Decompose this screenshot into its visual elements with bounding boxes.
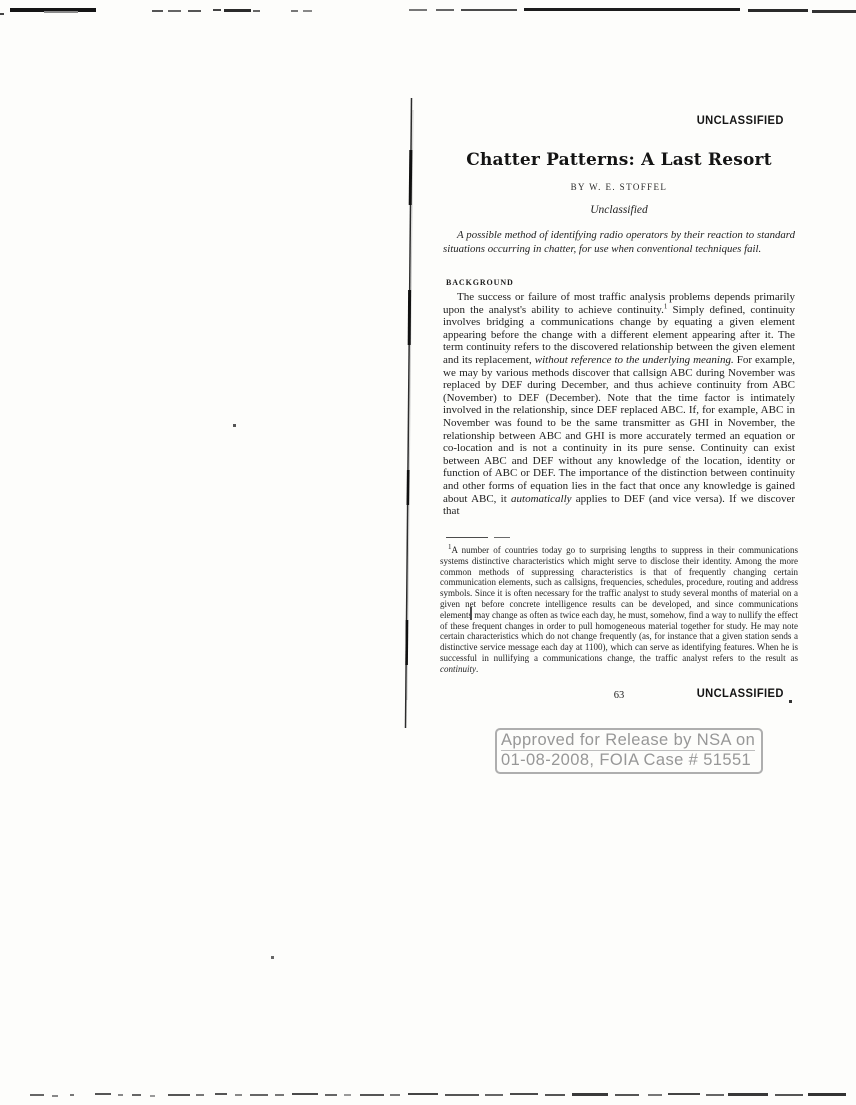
scan-artifact — [291, 10, 298, 12]
stamp-line2: 01-08-2008, FOIA Case # 51551 — [501, 751, 755, 770]
footnote-text-part2: . — [476, 664, 478, 674]
article-title: Chatter Patterns: A Last Resort — [443, 150, 795, 170]
scan-artifact — [409, 9, 427, 11]
scan-artifact — [150, 1095, 155, 1097]
footnote-separator-rule — [446, 537, 518, 539]
scan-artifact — [325, 1094, 337, 1096]
scan-artifact — [118, 1094, 123, 1096]
article-byline: BY W. E. STOFFEL — [443, 182, 795, 192]
separator-segment — [494, 537, 510, 538]
footer-classification-label: UNCLASSIFIED — [697, 688, 784, 700]
scan-artifact — [812, 10, 856, 13]
scan-artifact — [70, 1094, 74, 1096]
section-heading-background: BACKGROUND — [446, 278, 514, 287]
scan-artifact — [360, 1094, 384, 1096]
footnote-text-part1: A number of countries today go to surpri… — [440, 545, 798, 663]
scan-artifact — [95, 1093, 111, 1095]
classification-note: Unclassified — [443, 204, 795, 216]
body-text-part3: For example, we may by various methods d… — [443, 354, 795, 505]
scan-artifact — [808, 1093, 846, 1096]
scan-artifact — [44, 11, 78, 13]
scan-artifact — [152, 10, 163, 12]
nsa-release-stamp: Approved for Release by NSA on 01-08-200… — [495, 728, 763, 774]
document-text-column: UNCLASSIFIED Chatter Patterns: A Last Re… — [443, 0, 795, 1105]
stamp-line1: Approved for Release by NSA on — [501, 731, 755, 751]
scanned-document-page: { "page": { "header_classification": "UN… — [0, 0, 856, 1105]
scan-artifact — [271, 956, 274, 959]
body-italic-phrase: without reference to the underlying mean… — [535, 354, 734, 366]
scan-artifact — [168, 1094, 190, 1096]
footnote-text: 1A number of countries today go to surpr… — [440, 545, 798, 675]
separator-segment — [446, 537, 488, 538]
scan-artifact — [275, 1094, 284, 1096]
article-abstract: A possible method of identifying radio o… — [443, 228, 795, 256]
scan-artifact — [215, 1093, 227, 1095]
scan-artifact — [188, 10, 201, 12]
scan-artifact — [250, 1094, 268, 1096]
scan-artifact — [408, 1093, 438, 1095]
scan-artifact — [10, 8, 96, 12]
scan-artifact — [235, 1094, 242, 1096]
scan-artifact — [30, 1094, 44, 1096]
body-italic-word: automatically — [511, 493, 572, 505]
scan-artifact — [390, 1094, 400, 1096]
scan-artifact — [52, 1095, 58, 1097]
scan-artifact — [213, 9, 221, 11]
scan-artifact — [0, 13, 4, 15]
scan-artifact — [224, 9, 251, 12]
scan-artifact — [292, 1093, 318, 1095]
scan-artifact — [132, 1094, 141, 1096]
scan-artifact — [168, 10, 181, 12]
body-paragraph: The success or failure of most traffic a… — [443, 291, 795, 518]
footnote-italic-word: continuity — [440, 664, 476, 674]
scan-artifact — [253, 10, 260, 12]
scan-artifact — [233, 424, 236, 427]
scan-artifact — [303, 10, 312, 12]
header-classification-label: UNCLASSIFIED — [697, 115, 784, 127]
scan-artifact — [196, 1094, 204, 1096]
scan-artifact — [344, 1094, 351, 1096]
